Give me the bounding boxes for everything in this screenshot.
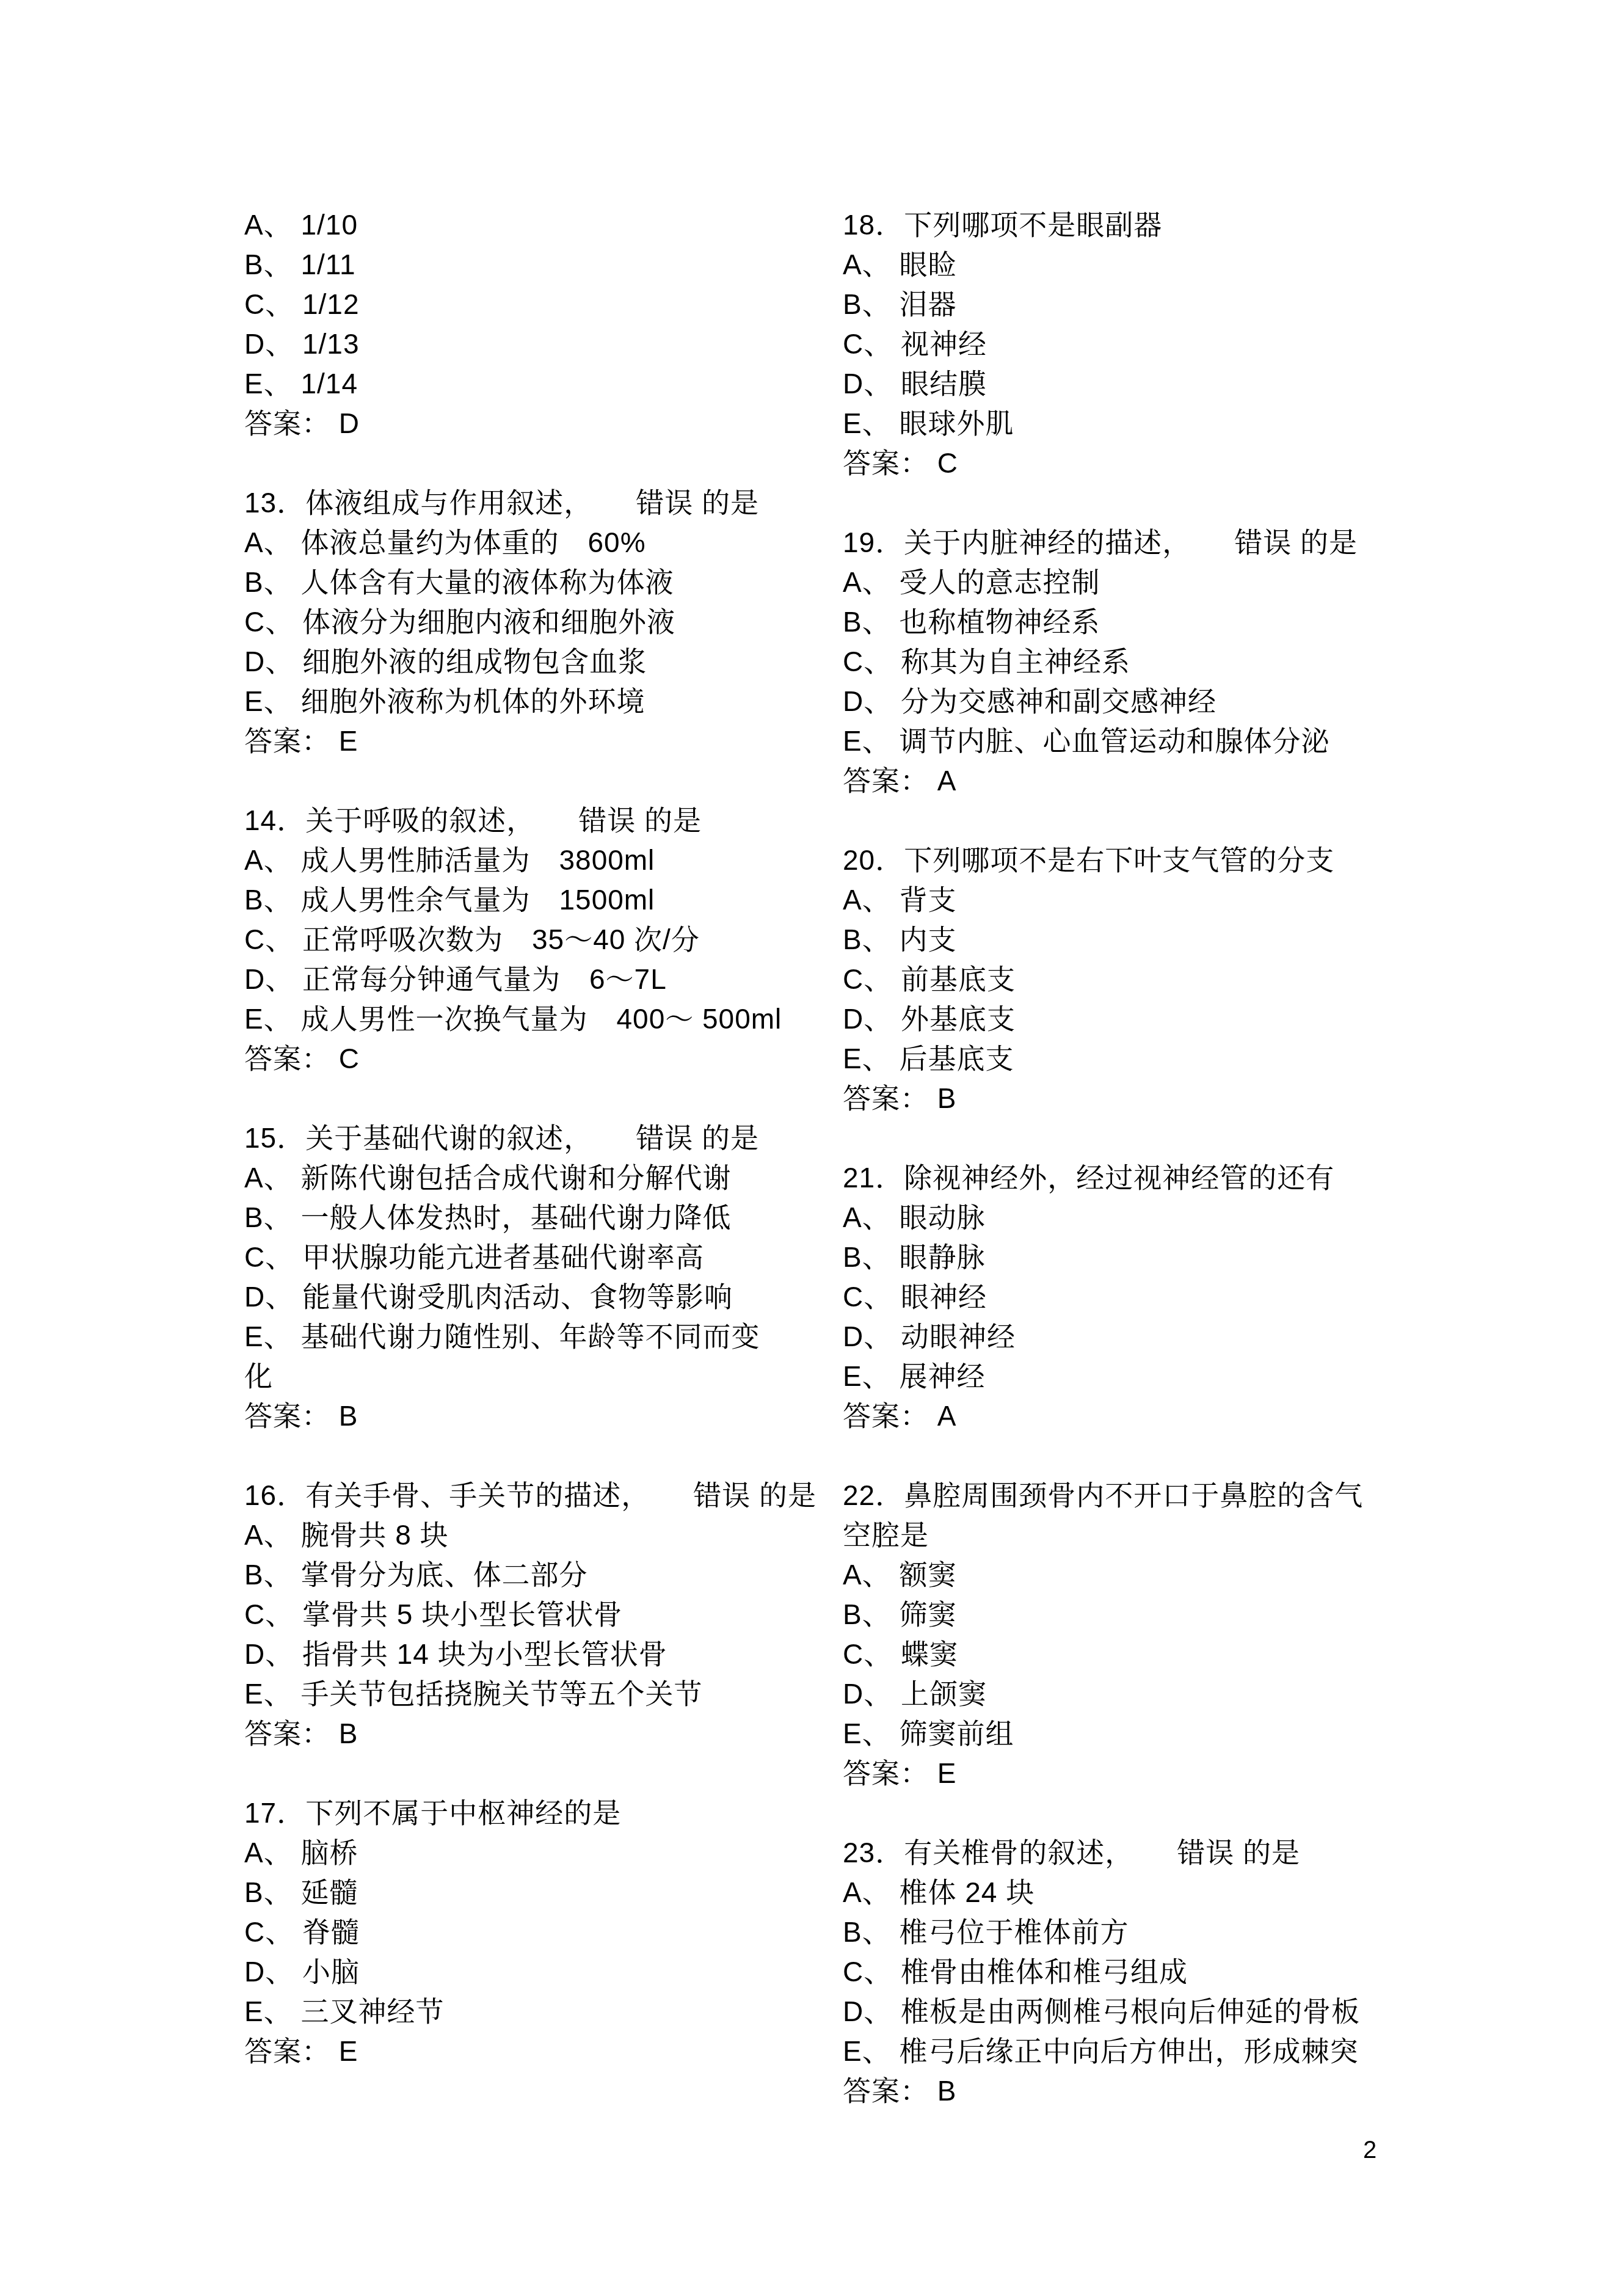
option-line: E、 后基底支 [843, 1039, 1460, 1079]
option-line: A、 体液总量约为体重的 60% [244, 523, 831, 563]
question-block: 13．体液组成与作用叙述， 错误 的是A、 体液总量约为体重的 60%B、 人体… [244, 483, 831, 761]
option-line: A、 眼动脉 [843, 1198, 1460, 1237]
option-line: D、 眼结膜 [843, 364, 1460, 404]
question-title: 18．下列哪项不是眼副器 [843, 205, 1460, 245]
answer-line: 答案： C [843, 443, 1460, 483]
option-line: E、 展神经 [843, 1357, 1460, 1396]
option-line: C、 前基底支 [843, 960, 1460, 999]
option-line: C、 眼神经 [843, 1277, 1460, 1317]
option-line: A、 脑桥 [244, 1833, 831, 1873]
option-line: E、 椎弓后缘正中向后方伸出，形成棘突 [843, 2032, 1460, 2071]
option-line: C、 甲状腺功能亢进者基础代谢率高 [244, 1237, 831, 1277]
option-line: C、 视神经 [843, 324, 1460, 364]
option-line: D、 上颌窦 [843, 1674, 1460, 1714]
option-line: C、 脊髓 [244, 1912, 831, 1952]
option-line: E、 手关节包括挠腕关节等五个关节 [244, 1674, 831, 1714]
answer-line: 答案： B [244, 1714, 831, 1754]
option-line: E、 细胞外液称为机体的外环境 [244, 682, 831, 721]
question-block: 17．下列不属于中枢神经的是A、 脑桥B、 延髓C、 脊髓D、 小脑E、 三叉神… [244, 1793, 831, 2071]
option-line: A、 新陈代谢包括合成代谢和分解代谢 [244, 1158, 831, 1198]
question-block: 22．鼻腔周围颈骨内不开口于鼻腔的含气空腔是A、 额窦B、 筛窦C、 蝶窦D、 … [843, 1476, 1460, 1793]
question-block: 15．关于基础代谢的叙述， 错误 的是A、 新陈代谢包括合成代谢和分解代谢B、 … [244, 1118, 831, 1436]
option-line: B、 泪器 [843, 285, 1460, 324]
question-block: 23．有关椎骨的叙述， 错误 的是A、 椎体 24 块B、 椎弓位于椎体前方C、… [843, 1833, 1460, 2111]
option-line: C、 1/12 [244, 285, 831, 324]
option-line: C、 体液分为细胞内液和细胞外液 [244, 602, 831, 642]
option-line: B、 眼静脉 [843, 1237, 1460, 1277]
question-title: 20．下列哪项不是右下叶支气管的分支 [843, 840, 1460, 880]
option-line: D、 分为交感神和副交感神经 [843, 682, 1460, 721]
answer-line: 答案： B [843, 1079, 1460, 1118]
option-line: D、 细胞外液的组成物包含血浆 [244, 642, 831, 682]
answer-line: 答案： E [244, 2032, 831, 2071]
question-title: 23．有关椎骨的叙述， 错误 的是 [843, 1833, 1460, 1873]
question-title: 13．体液组成与作用叙述， 错误 的是 [244, 483, 831, 523]
option-line: A、 受人的意志控制 [843, 563, 1460, 602]
option-line: E、 筛窦前组 [843, 1714, 1460, 1754]
option-line: D、 动眼神经 [843, 1317, 1460, 1357]
option-line: B、 内支 [843, 920, 1460, 960]
question-block: 19．关于内脏神经的描述， 错误 的是A、 受人的意志控制B、 也称植物神经系C… [843, 523, 1460, 801]
question-title: 21．除视神经外，经过视神经管的还有 [843, 1158, 1460, 1198]
question-block: A、 1/10B、 1/11C、 1/12D、 1/13E、 1/14答案： D [244, 205, 831, 443]
question-title: 16．有关手骨、手关节的描述， 错误 的是 [244, 1476, 831, 1515]
option-line: B、 也称植物神经系 [843, 602, 1460, 642]
option-line: B、 成人男性余气量为 1500ml [244, 880, 831, 920]
option-line: D、 能量代谢受肌肉活动、食物等影响 [244, 1277, 831, 1317]
option-line: C、 正常呼吸次数为 35～40 次/分 [244, 920, 831, 960]
question-block: 18．下列哪项不是眼副器A、 眼睑B、 泪器C、 视神经D、 眼结膜E、 眼球外… [843, 205, 1460, 483]
question-title: 14．关于呼吸的叙述， 错误 的是 [244, 801, 831, 840]
answer-line: 答案： B [843, 2071, 1460, 2111]
answer-line: 答案： B [244, 1396, 831, 1436]
option-line: E、 三叉神经节 [244, 1992, 831, 2032]
document-page: A、 1/10B、 1/11C、 1/12D、 1/13E、 1/14答案： D… [0, 0, 1622, 2296]
answer-line: 答案： D [244, 404, 831, 443]
option-line: D、 指骨共 14 块为小型长管状骨 [244, 1635, 831, 1674]
option-line: D、 1/13 [244, 324, 831, 364]
option-line: A、 成人男性肺活量为 3800ml [244, 840, 831, 880]
option-line: B、 掌骨分为底、体二部分 [244, 1555, 831, 1595]
option-line: B、 筛窦 [843, 1595, 1460, 1635]
option-line: B、 1/11 [244, 245, 831, 285]
wrapped-line: 空腔是 [843, 1515, 1460, 1555]
question-block: 21．除视神经外，经过视神经管的还有A、 眼动脉B、 眼静脉C、 眼神经D、 动… [843, 1158, 1460, 1436]
option-line: E、 基础代谢力随性别、年龄等不同而变 [244, 1317, 831, 1357]
left-column: A、 1/10B、 1/11C、 1/12D、 1/13E、 1/14答案： D… [244, 205, 831, 2111]
option-line: C、 椎骨由椎体和椎弓组成 [843, 1952, 1460, 1992]
page-number: 2 [1363, 2135, 1377, 2165]
option-line: B、 延髓 [244, 1873, 831, 1912]
wrapped-line: 化 [244, 1357, 831, 1396]
right-column: 18．下列哪项不是眼副器A、 眼睑B、 泪器C、 视神经D、 眼结膜E、 眼球外… [843, 205, 1460, 2151]
question-block: 20．下列哪项不是右下叶支气管的分支A、 背支B、 内支C、 前基底支D、 外基… [843, 840, 1460, 1118]
option-line: A、 1/10 [244, 205, 831, 245]
answer-line: 答案： E [843, 1754, 1460, 1793]
answer-line: 答案： A [843, 1396, 1460, 1436]
option-line: A、 眼睑 [843, 245, 1460, 285]
option-line: A、 背支 [843, 880, 1460, 920]
question-title: 17．下列不属于中枢神经的是 [244, 1793, 831, 1833]
answer-line: 答案： C [244, 1039, 831, 1079]
option-line: B、 椎弓位于椎体前方 [843, 1912, 1460, 1952]
option-line: E、 1/14 [244, 364, 831, 404]
option-line: E、 调节内脏、心血管运动和腺体分泌 [843, 721, 1460, 761]
answer-line: 答案： A [843, 761, 1460, 801]
option-line: A、 腕骨共 8 块 [244, 1515, 831, 1555]
option-line: C、 掌骨共 5 块小型长管状骨 [244, 1595, 831, 1635]
option-line: D、 小脑 [244, 1952, 831, 1992]
question-title: 19．关于内脏神经的描述， 错误 的是 [843, 523, 1460, 563]
option-line: B、 一般人体发热时，基础代谢力降低 [244, 1198, 831, 1237]
option-line: D、 椎板是由两侧椎弓根向后伸延的骨板 [843, 1992, 1460, 2032]
question-block: 14．关于呼吸的叙述， 错误 的是A、 成人男性肺活量为 3800mlB、 成人… [244, 801, 831, 1079]
option-line: C、 蝶窦 [843, 1635, 1460, 1674]
option-line: D、 正常每分钟通气量为 6～7L [244, 960, 831, 999]
option-line: D、 外基底支 [843, 999, 1460, 1039]
option-line: A、 椎体 24 块 [843, 1873, 1460, 1912]
option-line: E、 成人男性一次换气量为 400～ 500ml [244, 999, 831, 1039]
question-block: 16．有关手骨、手关节的描述， 错误 的是A、 腕骨共 8 块B、 掌骨分为底、… [244, 1476, 831, 1754]
option-line: B、 人体含有大量的液体称为体液 [244, 563, 831, 602]
question-title: 22．鼻腔周围颈骨内不开口于鼻腔的含气 [843, 1476, 1460, 1515]
question-title: 15．关于基础代谢的叙述， 错误 的是 [244, 1118, 831, 1158]
option-line: A、 额窦 [843, 1555, 1460, 1595]
option-line: E、 眼球外肌 [843, 404, 1460, 443]
answer-line: 答案： E [244, 721, 831, 761]
option-line: C、 称其为自主神经系 [843, 642, 1460, 682]
